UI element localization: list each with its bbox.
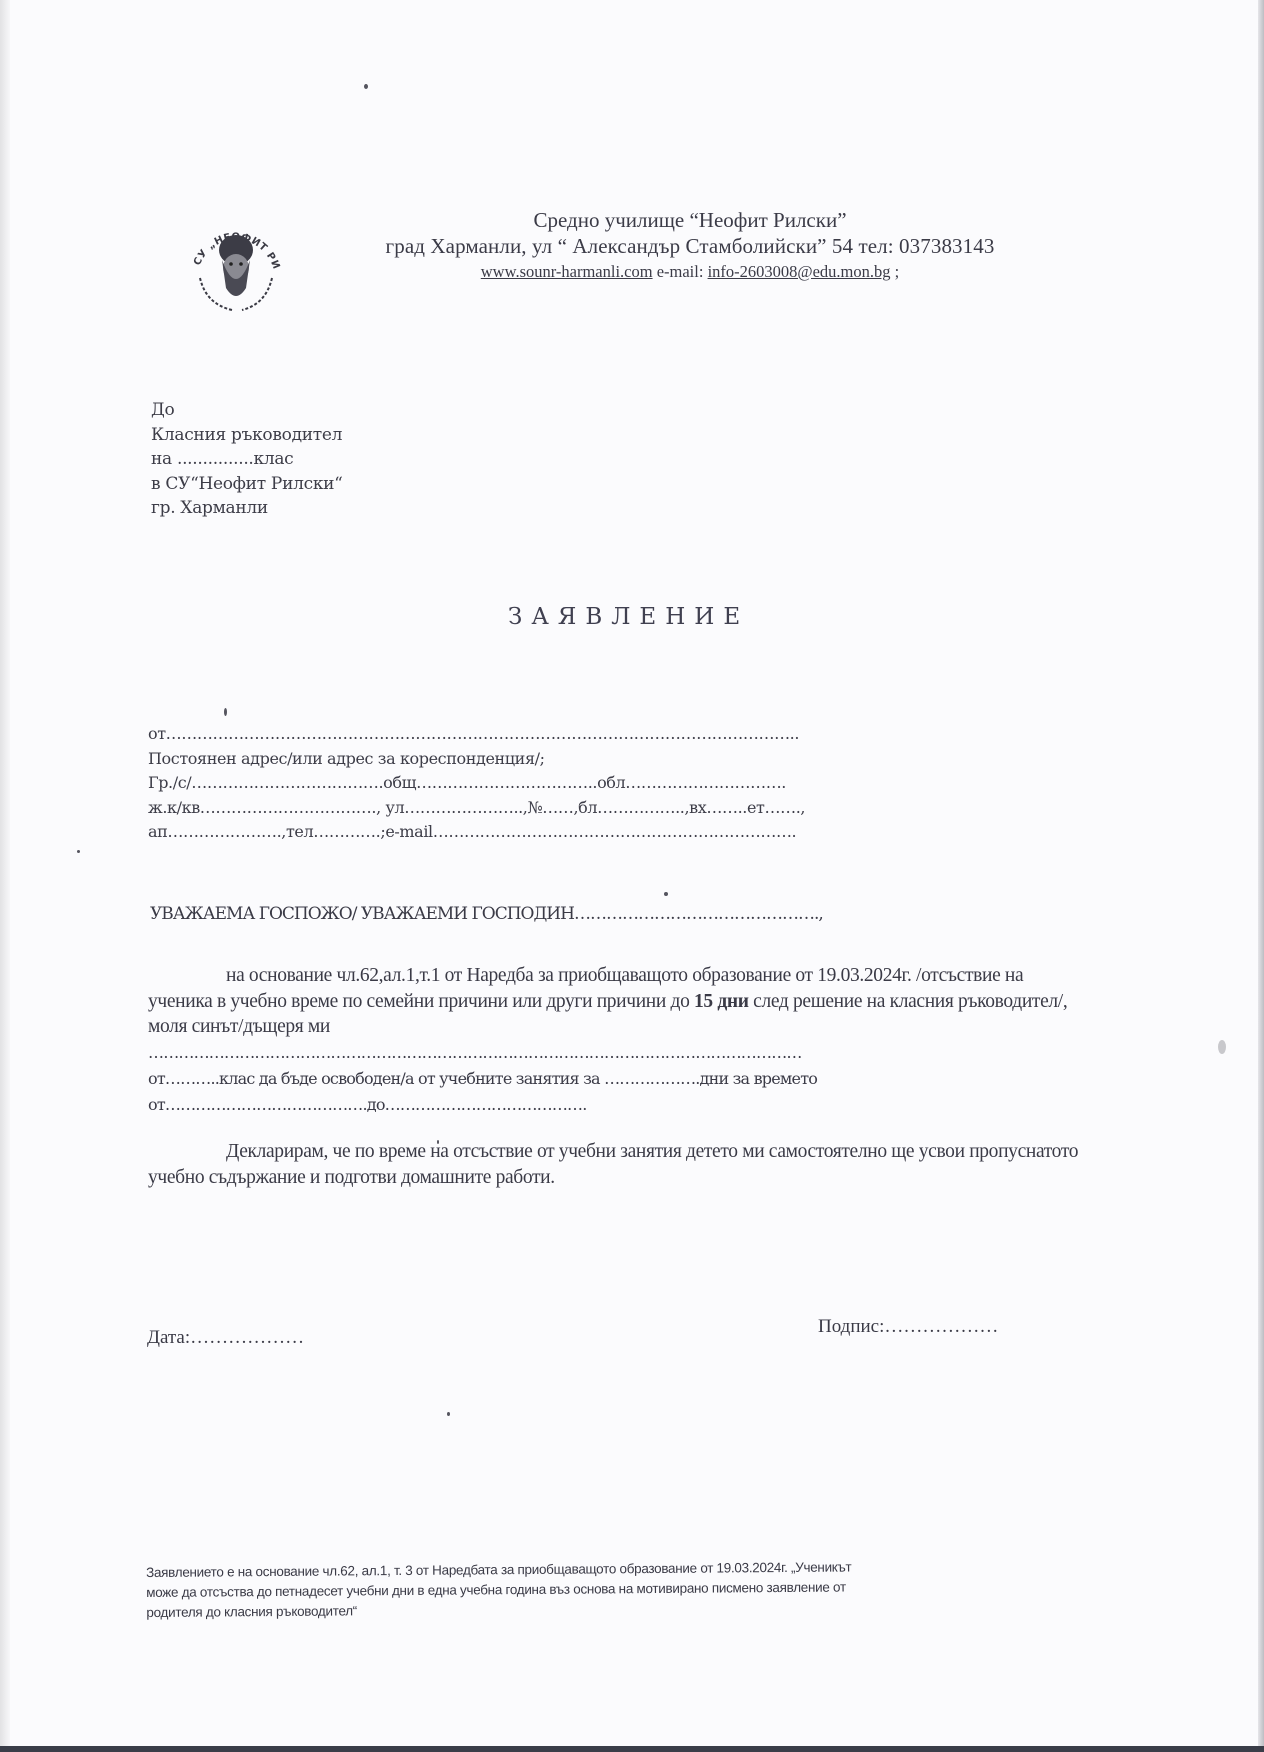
email-label: e-mail:: [657, 262, 704, 281]
scan-speck: [447, 1412, 450, 1416]
applicant-fields: от………………………………………………………………………………………………………: [148, 722, 1063, 845]
address-label: Постоянен адрес/или адрес за кореспонден…: [148, 747, 1063, 772]
scan-speck: [364, 84, 368, 89]
contacts-trailing: ;: [895, 262, 900, 281]
school-contacts: www.sounr-harmanli.com e-mail: info-2603…: [330, 262, 1050, 282]
field-signature[interactable]: Подпис:………………: [818, 1316, 998, 1338]
field-class-and-days[interactable]: от………..клас да бъде освободен/а от учебн…: [148, 1066, 1078, 1092]
request-days-bold: 15 дни: [694, 991, 749, 1012]
scan-speck: [664, 892, 668, 896]
email-link[interactable]: info-2603008@edu.mon.bg: [708, 262, 891, 281]
request-paragraph: на основание чл.62,ал.1,т.1 от Наредба з…: [148, 963, 1088, 1040]
addressee-city: гр. Харманли: [151, 496, 343, 521]
field-date[interactable]: Дата:………………: [147, 1327, 304, 1349]
request-fill-fields: ……………………………………………………………………………………………………………: [148, 1040, 1078, 1118]
scan-speck: [224, 708, 227, 716]
document-title: ЗАЯВЛЕНИЕ: [508, 604, 749, 630]
field-period[interactable]: от………………………………….до………………………………….: [148, 1092, 1078, 1118]
greeting: УВАЖАЕМА ГОСПОЖО/ УВАЖАЕМИ ГОСПОДИН………………: [150, 904, 823, 924]
addressee-block: До Класния ръководител на ..............…: [151, 398, 343, 521]
scan-edge-bottom: [0, 1746, 1264, 1752]
scan-edge-left: [0, 0, 10, 1752]
school-address: град Харманли, ул “ Александър Стамболий…: [330, 234, 1050, 259]
scan-edge-right: [1258, 0, 1264, 1752]
addressee-school: в СУ“Неофит Рилски“: [151, 472, 343, 497]
scan-speck: [437, 1140, 439, 1144]
field-contact-details[interactable]: ап………………….,тел………….;e-mail………………………………………: [148, 820, 1063, 845]
field-student-name[interactable]: ……………………………………………………………………………………………………………: [148, 1040, 1078, 1066]
field-from[interactable]: от………………………………………………………………………………………………………: [148, 722, 1063, 747]
addressee-role: Класния ръководител: [151, 423, 343, 448]
scan-speck: [1218, 1040, 1226, 1054]
field-street-details[interactable]: ж.к/кв……………………………., ул…………………..,№……,бл………: [148, 796, 1063, 821]
declaration-text: Декларирам, че по време на отсъствие от …: [148, 1141, 1078, 1188]
declaration-paragraph: Декларирам, че по време на отсъствие от …: [148, 1139, 1088, 1190]
footnote: Заявлението е на основание чл.62, ал.1, …: [146, 1555, 1106, 1623]
addressee-class: на ...............клас: [151, 447, 343, 472]
addressee-to: До: [151, 398, 343, 423]
field-city-municipality-region[interactable]: Гр./с/……………………………….общ……………………………..обл………: [148, 771, 1063, 796]
school-seal-logo-icon: СУ „НЕОФИТ РИЛСКИ“: [186, 208, 286, 316]
website-link[interactable]: www.sounr-harmanli.com: [481, 262, 653, 281]
school-name: Средно училище “Неофит Рилски”: [330, 208, 1050, 233]
scan-speck: [77, 850, 80, 853]
